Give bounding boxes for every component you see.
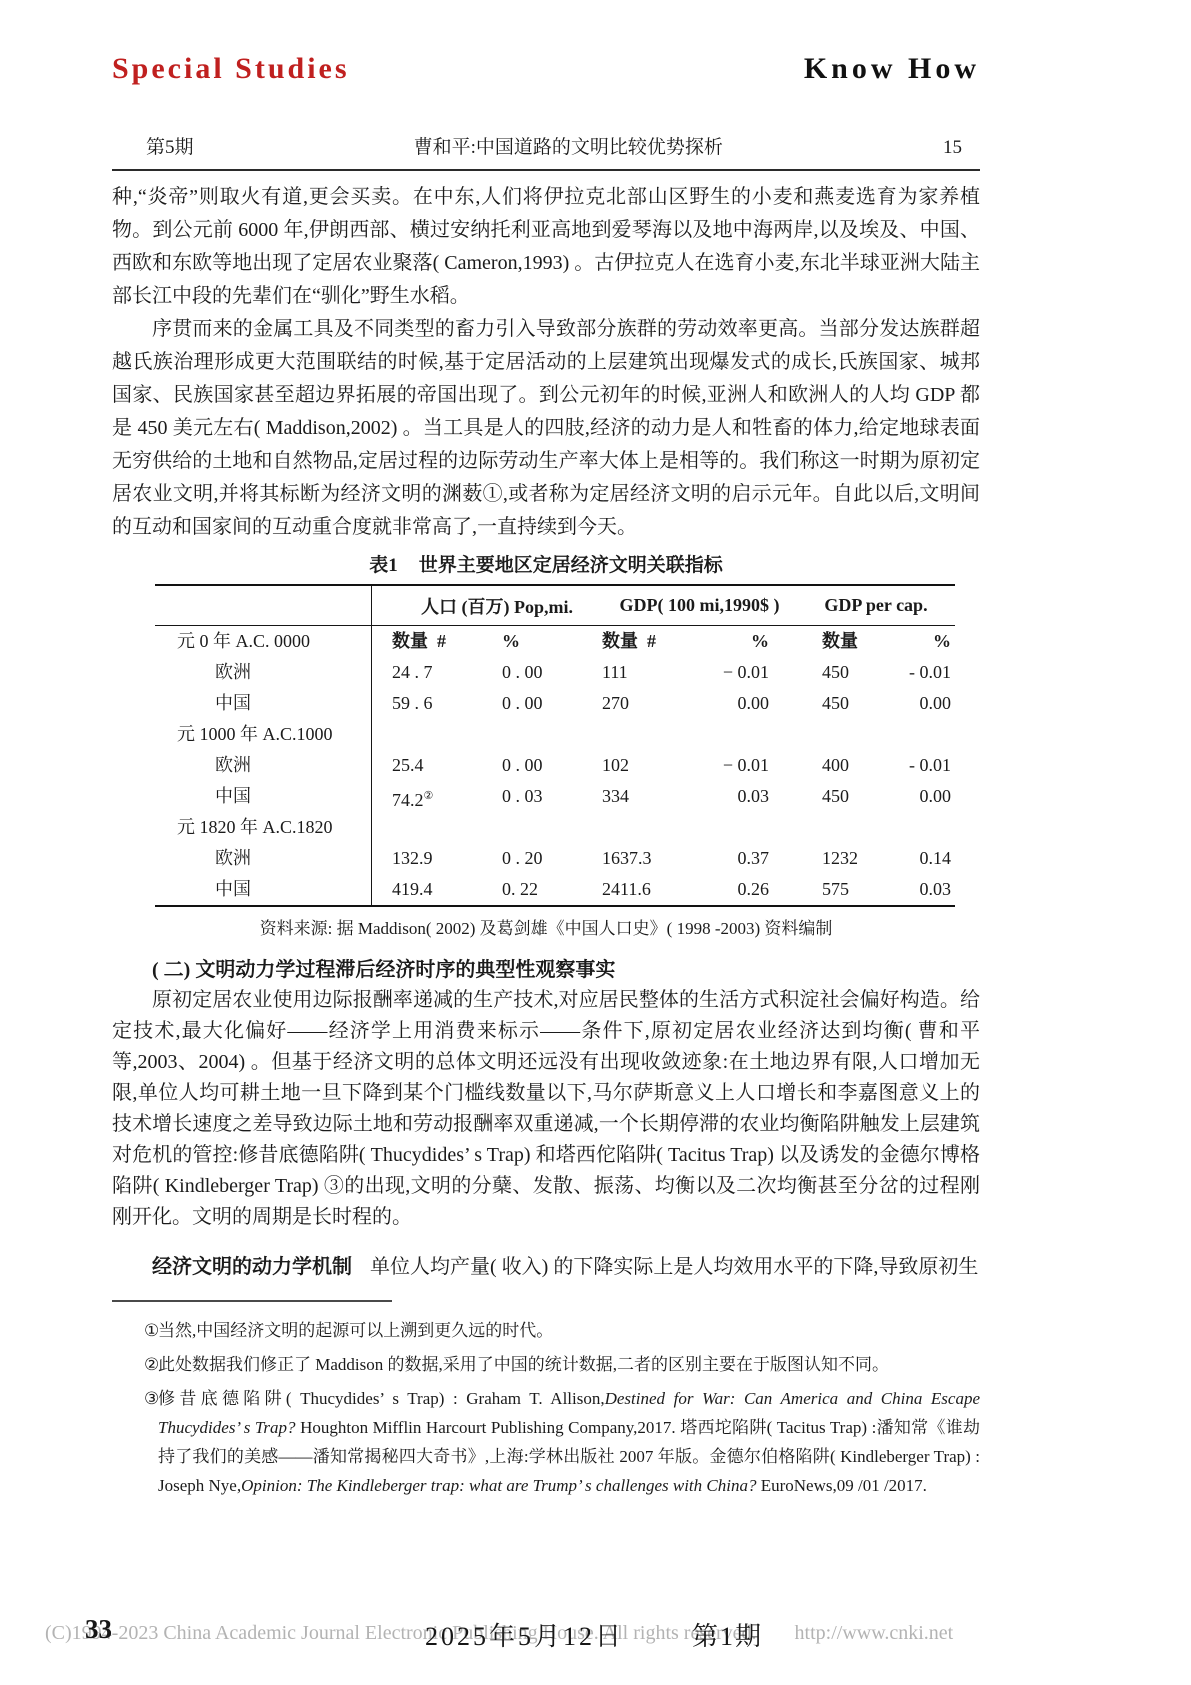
footnote: ③修昔底德陷阱( Thucydides’ s Trap) : Graham T.… <box>112 1384 980 1500</box>
page-footer: (C)1994-2023 China Academic Journal Elec… <box>0 1608 1191 1668</box>
row-label: 中国 <box>155 874 372 905</box>
table-cell: 450 <box>797 781 895 812</box>
table-cell: 400 <box>797 750 895 781</box>
column-group-population: 人口 (百万) Pop,mi. <box>392 593 602 619</box>
paragraph-4-text: 单位人均产量( 收入) 的下降实际上是人均效用水平的下降,导致原初生 <box>370 1256 978 1278</box>
running-title: 曹和平:中国道路的文明比较优势探析 <box>194 132 943 159</box>
table-cell <box>707 719 797 750</box>
table-cell: 450 <box>797 688 895 719</box>
row-label: 元 1000 年 A.C.1000 <box>155 719 372 750</box>
table-cell: 0.00 <box>895 781 955 812</box>
table-cell: 0.26 <box>707 874 797 905</box>
running-header: 第5期 曹和平:中国道路的文明比较优势探析 15 <box>112 132 980 171</box>
table-cell: - 0.01 <box>895 657 955 688</box>
table-cell: 0.03 <box>895 874 955 905</box>
table-cell: - 0.01 <box>895 750 955 781</box>
overlay-issue: 第1期 <box>692 1616 763 1653</box>
footnote-text: 修昔底德陷阱( Thucydides’ s Trap) : Graham T. … <box>158 1384 980 1500</box>
table-cell: % <box>707 626 797 657</box>
table-cell: 270 <box>602 688 707 719</box>
footnote-marker: ② <box>112 1350 158 1379</box>
row-label: 元 1820 年 A.C.1820 <box>155 812 372 843</box>
table-cell: 59 . 6 <box>392 688 502 719</box>
table-cell <box>895 719 955 750</box>
footnote: ②此处数据我们修正了 Maddison 的数据,采用了中国的统计数据,二者的区别… <box>112 1350 980 1379</box>
footnote: ①当然,中国经济文明的起源可以上溯到更久远的时代。 <box>112 1316 980 1345</box>
table-cell: 0 . 20 <box>502 843 602 874</box>
table-cell: 575 <box>797 874 895 905</box>
paragraph-4: 经济文明的动力学机制单位人均产量( 收入) 的下降实际上是人均效用水平的下降,导… <box>112 1251 980 1284</box>
table-cell: 74.2② <box>392 781 502 812</box>
footnote-text: 此处数据我们修正了 Maddison 的数据,采用了中国的统计数据,二者的区别主… <box>158 1350 980 1379</box>
page-number: 15 <box>943 137 962 159</box>
row-label: 欧洲 <box>155 750 372 781</box>
footnote-divider <box>112 1300 392 1302</box>
table-cell: 132.9 <box>392 843 502 874</box>
row-label: 中国 <box>155 781 372 812</box>
table-cell: 数量 # <box>392 626 502 657</box>
table-caption: 表1世界主要地区定居经济文明关联指标 <box>112 552 980 580</box>
table-cell: 0.37 <box>707 843 797 874</box>
table-cell: 334 <box>602 781 707 812</box>
footnote-marker: ① <box>112 1316 158 1345</box>
table-row: 元 1820 年 A.C.1820 <box>155 812 955 843</box>
table-cell: 102 <box>602 750 707 781</box>
masthead: Special Studies Know How <box>112 0 980 86</box>
section-heading: ( 二) 文明动力学过程滞后经济时序的典型性观察事实 <box>112 955 980 985</box>
footnote-list: ①当然,中国经济文明的起源可以上溯到更久远的时代。②此处数据我们修正了 Madd… <box>112 1316 980 1500</box>
table-cell <box>602 719 707 750</box>
table-cell: 0.03 <box>707 781 797 812</box>
table-header-row: 人口 (百万) Pop,mi. GDP( 100 mi,1990$ ) GDP … <box>155 586 955 626</box>
table-cell: 0 . 00 <box>502 657 602 688</box>
table-cell: 25.4 <box>392 750 502 781</box>
table-row: 欧洲132.90 . 201637.30.3712320.14 <box>155 843 955 874</box>
masthead-left-title: Special Studies <box>112 52 350 86</box>
column-group-gdp-per-cap: GDP per cap. <box>797 595 955 616</box>
table-cell: % <box>502 626 602 657</box>
table-cell: 111 <box>602 657 707 688</box>
table-cell: 0.00 <box>895 688 955 719</box>
table-grid: 人口 (百万) Pop,mi. GDP( 100 mi,1990$ ) GDP … <box>155 584 955 907</box>
footnote-marker: ③ <box>112 1384 158 1500</box>
copyright-text: (C)1994-2023 China Academic Journal Elec… <box>45 1622 757 1644</box>
table-cell <box>502 719 602 750</box>
table-row: 中国74.2②0 . 033340.034500.00 <box>155 781 955 812</box>
table-cell: 419.4 <box>392 874 502 905</box>
table-cell: 24 . 7 <box>392 657 502 688</box>
table-cell <box>707 812 797 843</box>
table-cell: 2411.6 <box>602 874 707 905</box>
table-caption-label: 表1 <box>369 555 398 576</box>
table-cell: 0. 22 <box>502 874 602 905</box>
table-row: 欧洲24 . 70 . 00111− 0.01450- 0.01 <box>155 657 955 688</box>
paragraph-2: 序贯而来的金属工具及不同类型的畜力引入导致部分族群的劳动效率更高。当部分发达族群… <box>112 313 980 544</box>
column-group-gdp: GDP( 100 mi,1990$ ) <box>602 595 797 616</box>
paragraph-4-lead: 经济文明的动力学机制 <box>152 1256 370 1278</box>
table-stub-cell <box>155 586 372 625</box>
table-cell: % <box>895 626 955 657</box>
table-cell: − 0.01 <box>707 657 797 688</box>
row-label: 元 0 年 A.C. 0000 <box>155 626 372 657</box>
table-cell <box>502 812 602 843</box>
overlay-date: 2025年5月12日 <box>425 1616 624 1653</box>
table-cell <box>602 812 707 843</box>
table-row: 欧洲25.40 . 00102− 0.01400- 0.01 <box>155 750 955 781</box>
table-source-note: 资料来源: 据 Maddison( 2002) 及葛剑雄《中国人口史》( 199… <box>112 917 980 941</box>
table-row: 中国419.40. 222411.60.265750.03 <box>155 874 955 905</box>
masthead-right-title: Know How <box>804 52 980 86</box>
table-cell: 1232 <box>797 843 895 874</box>
table-row: 元 0 年 A.C. 0000数量 #%数量 #%数量% <box>155 626 955 657</box>
table-cell: − 0.01 <box>707 750 797 781</box>
row-label: 欧洲 <box>155 843 372 874</box>
table-cell: 数量 # <box>602 626 707 657</box>
table-row: 中国59 . 60 . 002700.004500.00 <box>155 688 955 719</box>
journal-page: Special Studies Know How 第5期 曹和平:中国道路的文明… <box>0 0 1191 1685</box>
table-cell: 0 . 00 <box>502 688 602 719</box>
table-row: 元 1000 年 A.C.1000 <box>155 719 955 750</box>
table-body: 元 0 年 A.C. 0000数量 #%数量 #%数量%欧洲24 . 70 . … <box>155 626 955 905</box>
table-cell: 数量 <box>797 626 895 657</box>
table-cell <box>392 719 502 750</box>
table-1: 表1世界主要地区定居经济文明关联指标 人口 (百万) Pop,mi. GDP( … <box>112 552 980 941</box>
table-caption-title: 世界主要地区定居经济文明关联指标 <box>419 555 723 576</box>
table-cell: 0.14 <box>895 843 955 874</box>
row-label: 欧洲 <box>155 657 372 688</box>
table-cell: 450 <box>797 657 895 688</box>
table-cell <box>797 719 895 750</box>
table-cell: 0.00 <box>707 688 797 719</box>
table-cell: 0 . 00 <box>502 750 602 781</box>
cnki-url-text: http://www.cnki.net <box>795 1622 954 1644</box>
issue-label: 第5期 <box>146 132 194 159</box>
footnote-ref: ② <box>424 790 434 802</box>
paragraph-3: 原初定居农业使用边际报酬率递减的生产技术,对应居民整体的生活方式积淀社会偏好构造… <box>112 985 980 1233</box>
paragraph-1: 种,“炎帝”则取火有道,更会买卖。在中东,人们将伊拉克北部山区野生的小麦和燕麦选… <box>112 181 980 313</box>
footnote-text: 当然,中国经济文明的起源可以上溯到更久远的时代。 <box>158 1316 980 1345</box>
table-column-groups: 人口 (百万) Pop,mi. GDP( 100 mi,1990$ ) GDP … <box>372 586 955 625</box>
table-cell: 1637.3 <box>602 843 707 874</box>
table-cell <box>392 812 502 843</box>
row-label: 中国 <box>155 688 372 719</box>
table-cell <box>895 812 955 843</box>
table-cell: 0 . 03 <box>502 781 602 812</box>
overlay-page-number: 33 <box>85 1614 112 1645</box>
table-cell <box>797 812 895 843</box>
